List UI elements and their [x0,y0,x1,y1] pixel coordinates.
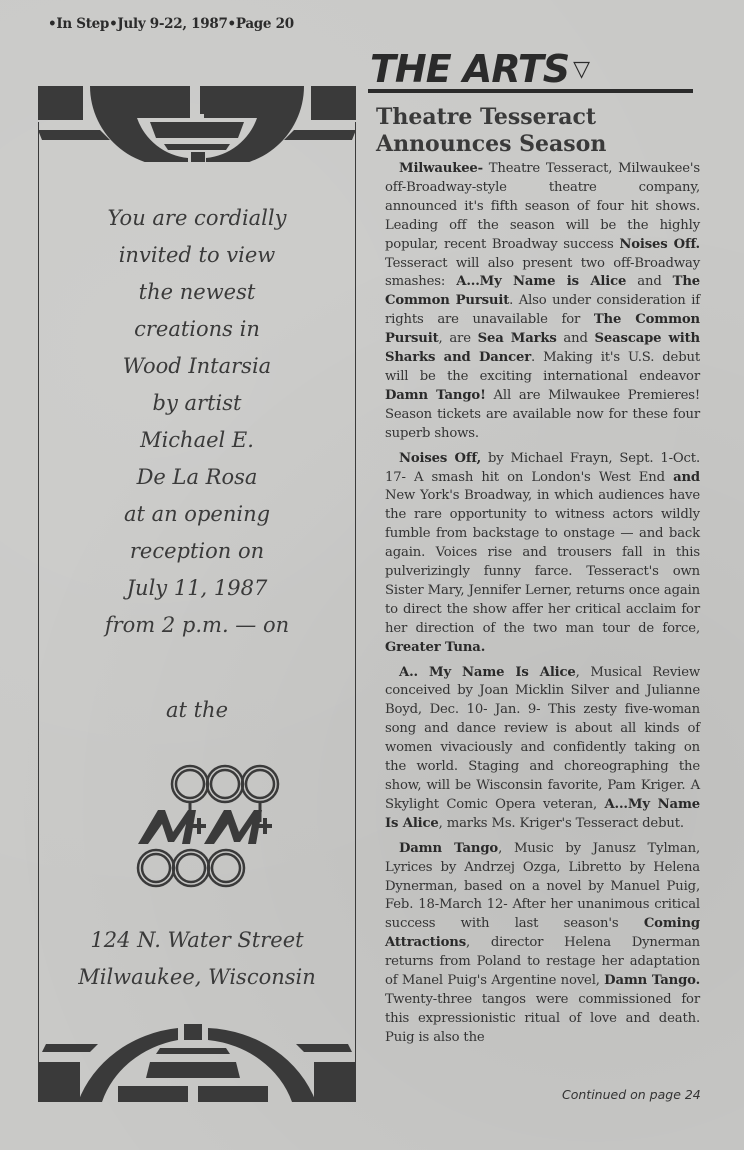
continued-on-page-link[interactable]: Continued on page 24 [562,1087,701,1102]
city-state: Milwaukee, Wisconsin [38,959,356,996]
invite-line: by artist [38,385,356,422]
bold-title-text: A.. My Name Is Alice [399,665,576,680]
triangle-down-icon: ▽ [573,47,589,93]
article-body: Milwaukee- Theatre Tesseract, Milwaukee'… [385,160,700,1054]
invite-line: Wood Intarsia [38,348,356,385]
bold-title-text: Damn Tango [399,841,498,856]
artist-name-line: Michael E. [38,422,356,459]
page-folio: •In Step•July 9-22, 1987•Page 20 [48,16,294,32]
art-deco-ornament-bottom-icon [38,1020,356,1102]
article-headline: Theatre Tesseract Announces Season [376,104,696,158]
invite-line: You are cordially [38,200,356,237]
art-exhibit-advertisement: You are cordially invited to view the ne… [38,72,356,1102]
body-text: New York's Broadway, in which audiences … [385,488,700,635]
venue-address: 124 N. Water Street Milwaukee, Wisconsin [38,922,356,996]
section-header: THE ARTS▽ [368,46,698,93]
article-paragraph: A.. My Name Is Alice, Musical Review con… [385,664,700,834]
invite-line: the newest [38,274,356,311]
section-title-text: THE ARTS [370,47,569,91]
article-paragraph: Noises Off, by Michael Frayn, Sept. 1-Oc… [385,450,700,658]
body-text: , are [439,331,478,346]
article-paragraph: Damn Tango, Music by Janusz Tylman, Lyri… [385,840,700,1048]
body-text: and [626,274,672,289]
headline-line: Announces Season [376,131,696,158]
bold-title-text: Greater Tuna. [385,640,485,655]
invite-line: reception on [38,533,356,570]
event-date-line: July 11, 1987 [38,570,356,607]
body-text: , marks Ms. Kriger's Tesseract debut. [439,816,684,831]
bold-title-text: Milwaukee- [399,161,483,176]
bold-title-text: Noises Off, [399,451,481,466]
event-time-line: from 2 p.m. — on [38,607,356,644]
street-address: 124 N. Water Street [38,922,356,959]
art-deco-ornament-top-icon [38,72,356,162]
headline-line: Theatre Tesseract [376,104,696,131]
venue-intro: at the [38,692,356,729]
bold-title-text: A...My Name is Alice [456,274,626,289]
invite-line: at an opening [38,496,356,533]
body-text: , Musical Review conceived by Joan Mickl… [385,665,700,812]
bold-title-text: Damn Tango! [385,388,486,403]
body-text: Twenty-three tangos were commissioned fo… [385,992,700,1045]
m-plus-m-plus-venue-logo-icon [118,762,288,892]
bold-title-text: and [673,470,700,485]
invitation-text: You are cordially invited to view the ne… [38,200,356,644]
article-paragraph: Milwaukee- Theatre Tesseract, Milwaukee'… [385,160,700,444]
bold-title-text: Noises Off. [619,237,700,252]
section-title: THE ARTS▽ [368,46,698,93]
body-text: and [557,331,595,346]
bold-title-text: Sea Marks [478,331,557,346]
bold-title-text: Damn Tango. [604,973,700,988]
invite-line: creations in [38,311,356,348]
invite-line: invited to view [38,237,356,274]
artist-name-line: De La Rosa [38,459,356,496]
